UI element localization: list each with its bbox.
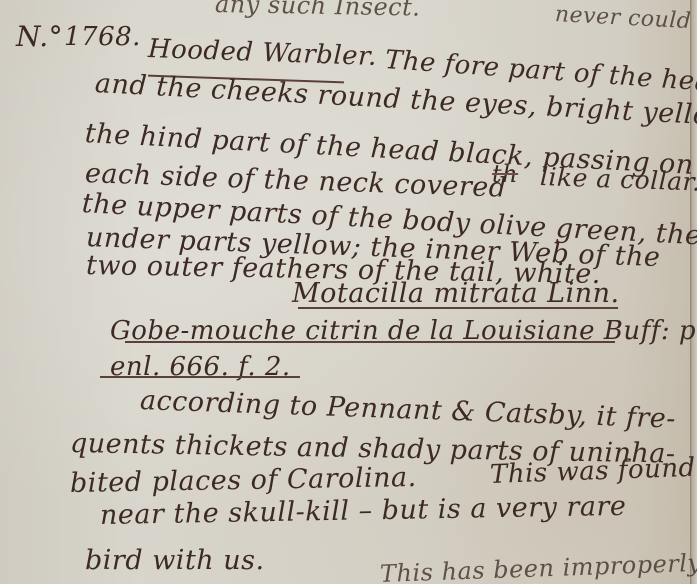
reference-underline — [100, 376, 300, 378]
description-line-4b: like a collar. — [539, 162, 697, 197]
linnaean-underline — [298, 307, 618, 309]
notes-line-5: bird with us. — [85, 545, 265, 576]
entry-number-prefix: N.° — [16, 20, 63, 53]
top-fragment: any such Insect. — [215, 0, 421, 22]
entry-number: 1768. — [64, 22, 141, 52]
notes-line-3: bited places of Carolina. — [70, 462, 417, 499]
buffon-underline — [125, 341, 615, 343]
buffon-reference-line-2: enl. 666. f. 2. — [110, 352, 291, 382]
struck-word: th — [492, 160, 518, 188]
linnaean-name: Motacilla mitrata Linn. — [292, 278, 620, 309]
